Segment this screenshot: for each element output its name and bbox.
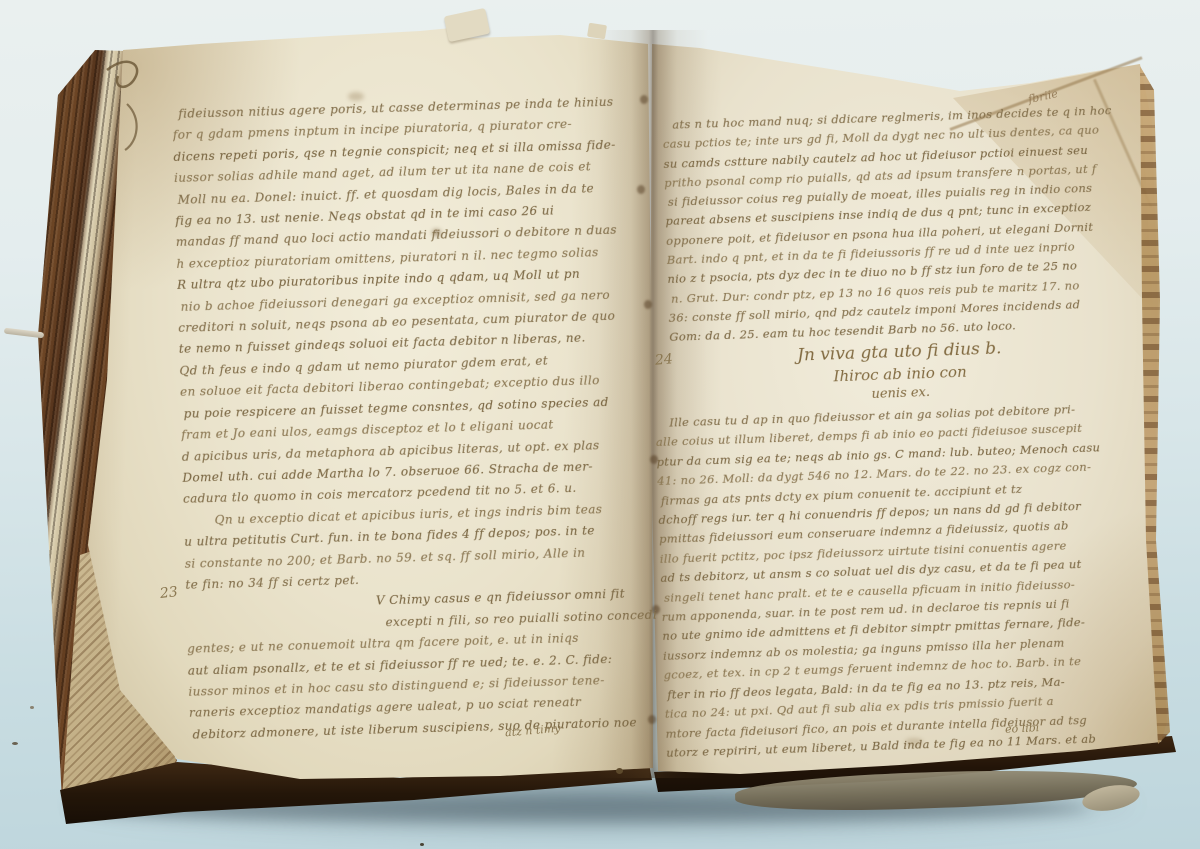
dust-speck [420,843,424,846]
right-margin-number: 24 [654,351,673,368]
right-page-end-word: eo libi [1005,721,1040,736]
left-page-text-block: fideiusson nitius agere poris, ut casse … [172,91,672,772]
dust-speck [30,706,34,709]
right-page-paragraph-1: ats n tu hoc mand nuq; si ddicare reglme… [662,100,1145,350]
left-margin-number: 23 [159,584,179,602]
dust-speck [12,742,18,745]
torn-paper-tab [587,23,607,40]
right-page-paragraph-2: Ille casu tu d ap in quo fideiussor et a… [655,398,1148,766]
fiber-thread [4,328,44,339]
gutter-debris [616,768,623,774]
corner-pen-flourish [95,48,165,158]
torn-paper-tab [444,8,490,42]
photo-of-open-manuscript-book: fideiusson nitius agere poris, ut casse … [0,0,1200,849]
